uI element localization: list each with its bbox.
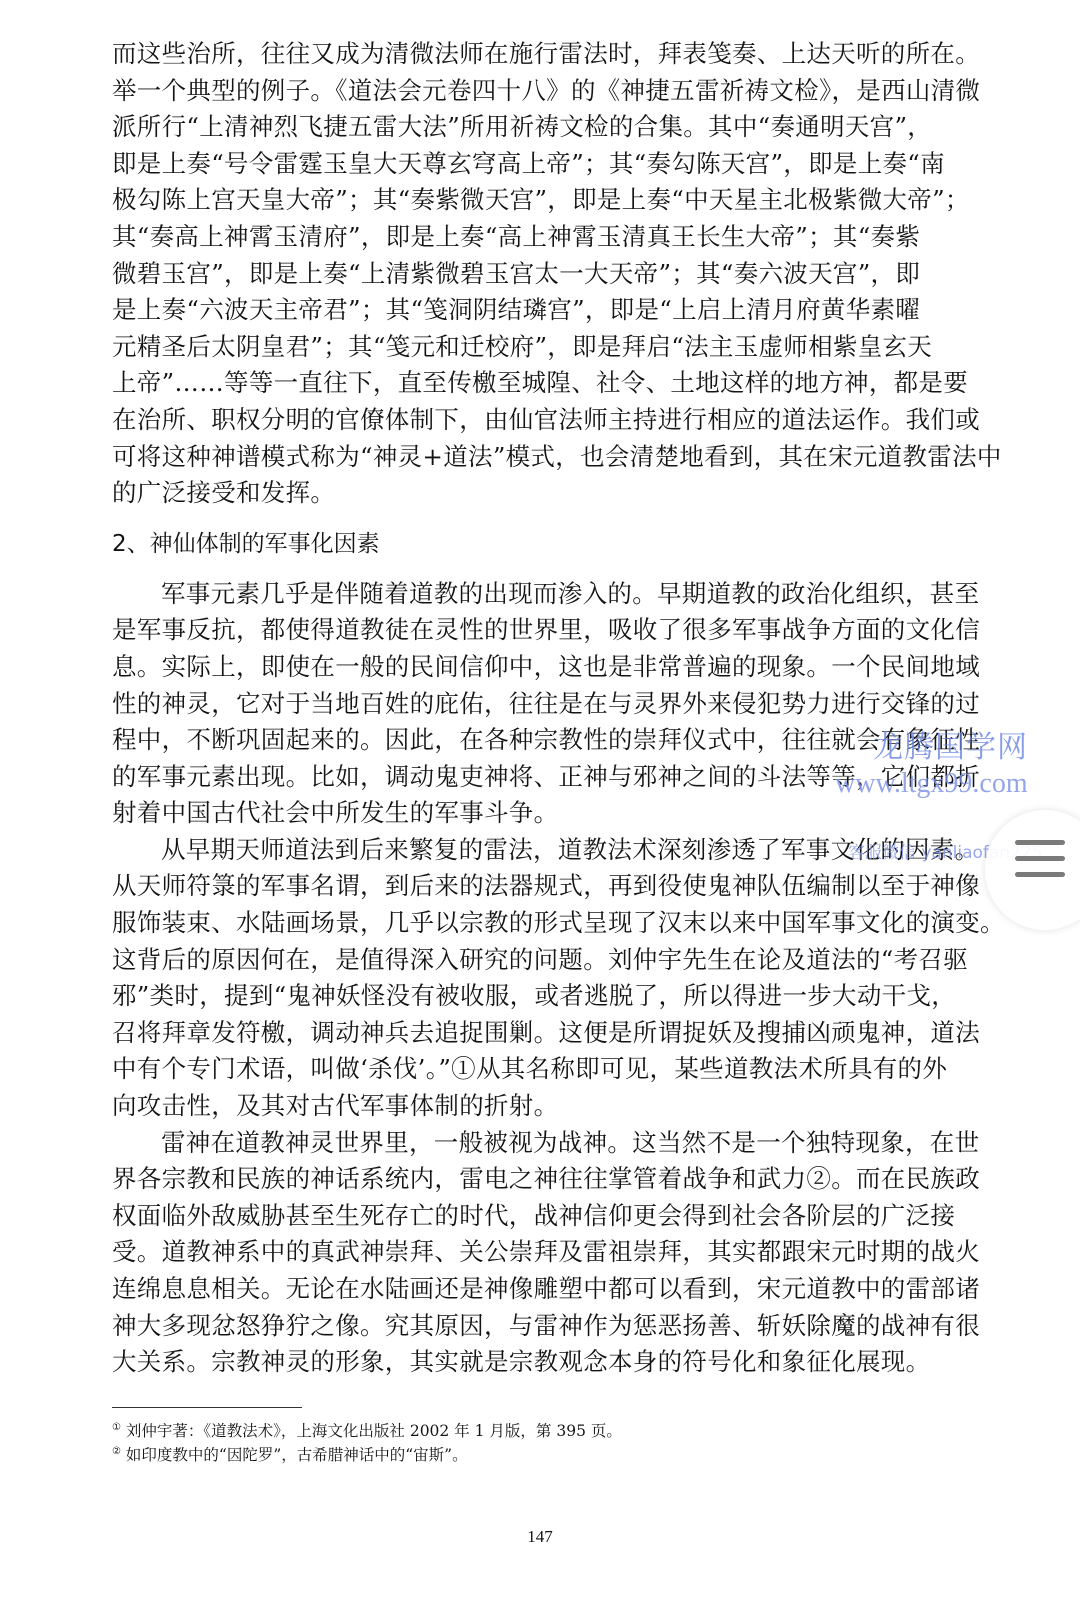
text-line: 神大多现忿怒狰狞之像。究其原因，与雷神作为惩恶扬善、斩妖除魔的战神有很	[112, 1308, 972, 1345]
text-line: 界各宗教和民族的神话系统内，雷电之神往往掌管着战争和武力②。而在民族政	[112, 1161, 972, 1198]
text-line: 程中，不断巩固起来的。因此，在各种宗教性的崇拜仪式中，往往就会有象征性	[112, 722, 972, 759]
text-line: 元精圣后太阴皇君”；其“笺元和迁校府”，即是拜启“法主玉虚师相紫皇玄天	[112, 329, 972, 366]
text-line: 的广泛接受和发挥。	[112, 475, 972, 512]
text-line: 其“奏高上神霄玉清府”，即是上奏“高上神霄玉清真王长生大帝”；其“奏紫	[112, 219, 972, 256]
text-line: 性的神灵，它对于当地百姓的庇佑，往往是在与灵界外来侵犯势力进行交锋的过	[112, 686, 972, 723]
text-line: 这背后的原因何在，是值得深入研究的问题。刘仲宇先生在论及道法的“考召驱	[112, 942, 972, 979]
text-line: 的军事元素出现。比如，调动鬼吏神将、正神与邪神之间的斗法等等，它们都折	[112, 759, 972, 796]
text-line: 举一个典型的例子。《道法会元卷四十八》的《神捷五雷祈祷文检》，是西山清微	[112, 73, 972, 110]
text-line: 微碧玉宫”，即是上奏“上清紫微碧玉宫太一大天帝”；其“奏六波天宫”，即	[112, 256, 972, 293]
footnotes: ① 刘仲宇著：《道教法术》，上海文化出版社 2002 年 1 月版，第 395 …	[112, 1416, 972, 1464]
text-line: 中有个专门术语，叫做‘杀伐’。”①从其名称即可见，某些道教法术所具有的外	[112, 1051, 972, 1088]
text-line: 从天师符箓的军事名谓，到后来的法器规式，再到役使鬼神队伍编制以至于神像	[112, 868, 972, 905]
text-line: 召将拜章发符檄，调动神兵去追捉围剿。这便是所谓捉妖及搜捕凶顽鬼神，道法	[112, 1015, 972, 1052]
text-line: 连绵息息相关。无论在水陆画还是神像雕塑中都可以看到，宋元道教中的雷部诸	[112, 1271, 972, 1308]
text-line: 上帝”……等等一直往下，直至传檄至城隍、社令、土地这样的地方神，都是要	[112, 365, 972, 402]
document-page: 而这些治所，往往又成为清微法师在施行雷法时，拜表笺奏、上达天听的所在。 举一个典…	[112, 36, 972, 1464]
text-line: 大关系。宗教神灵的形象，其实就是宗教观念本身的符号化和象征化展现。	[112, 1344, 972, 1381]
text-line: 射着中国古代社会中所发生的军事斗争。	[112, 795, 972, 832]
footnote-text: 如印度教中的“因陀罗”，古希腊神话中的“宙斯”。	[126, 1446, 468, 1464]
text-line: 而这些治所，往往又成为清微法师在施行雷法时，拜表笺奏、上达天听的所在。	[112, 36, 972, 73]
text-line: 极勾陈上宫天皇大帝”；其“奏紫微天宫”，即是上奏“中天星主北极紫微大帝”；	[112, 182, 972, 219]
footnote-1: ① 刘仲宇著：《道教法术》，上海文化出版社 2002 年 1 月版，第 395 …	[112, 1416, 972, 1440]
text-line: 向攻击性，及其对古代军事体制的折射。	[112, 1088, 972, 1125]
text-line: 即是上奏“号令雷霆玉皇大天尊玄穹高上帝”；其“奏勾陈天宫”，即是上奏“南	[112, 146, 972, 183]
paragraph-4: 雷神在道教神灵世界里，一般被视为战神。这当然不是一个独特现象，在世 界各宗教和民…	[112, 1125, 972, 1381]
text-line: 雷神在道教神灵世界里，一般被视为战神。这当然不是一个独特现象，在世	[112, 1125, 972, 1162]
text-line: 服饰装束、水陆画场景，几乎以宗教的形式呈现了汉末以来中国军事文化的演变。	[112, 905, 972, 942]
text-line: 是军事反抗，都使得道教徒在灵性的世界里，吸收了很多军事战争方面的文化信	[112, 612, 972, 649]
section-heading: 2、神仙体制的军事化因素	[112, 526, 972, 562]
text-line: 派所行“上清神烈飞捷五雷大法”所用祈祷文检的合集。其中“奏通明天宫”，	[112, 109, 972, 146]
footnote-mark: ②	[112, 1446, 121, 1457]
text-line: 息。实际上，即使在一般的民间信仰中，这也是非常普遍的现象。一个民间地域	[112, 649, 972, 686]
text-line: 军事元素几乎是伴随着道教的出现而渗入的。早期道教的政治化组织，甚至	[112, 576, 972, 613]
footnote-2: ② 如印度教中的“因陀罗”，古希腊神话中的“宙斯”。	[112, 1440, 972, 1464]
text-line: 是上奏“六波天主帝君”；其“笺洞阴结璘宫”，即是“上启上清月府黄华素曜	[112, 292, 972, 329]
paragraph-2: 军事元素几乎是伴随着道教的出现而渗入的。早期道教的政治化组织，甚至 是军事反抗，…	[112, 576, 972, 832]
page-number: 147	[0, 1527, 1080, 1547]
text-line: 可将这种神谱模式称为“神灵+道法”模式，也会清楚地看到，其在宋元道教雷法中	[112, 439, 972, 476]
text-line: 在治所、职权分明的官僚体制下，由仙官法师主持进行相应的道法运作。我们或	[112, 402, 972, 439]
footnote-text: 刘仲宇著：《道教法术》，上海文化出版社 2002 年 1 月版，第 395 页。	[126, 1422, 622, 1440]
text-line: 受。道教神系中的真武神崇拜、关公崇拜及雷祖崇拜，其实都跟宋元时期的战火	[112, 1234, 972, 1271]
footnote-mark: ①	[112, 1422, 121, 1433]
text-line: 从早期天师道法到后来繁复的雷法，道教法术深刻渗透了军事文化的因素。	[112, 832, 972, 869]
text-line: 邪”类时，提到“鬼神妖怪没有被收服，或者逃脱了，所以得进一步大动干戈，	[112, 978, 972, 1015]
paragraph-1: 而这些治所，往往又成为清微法师在施行雷法时，拜表笺奏、上达天听的所在。 举一个典…	[112, 36, 972, 512]
paragraph-3: 从早期天师道法到后来繁复的雷法，道教法术深刻渗透了军事文化的因素。 从天师符箓的…	[112, 832, 972, 1125]
text-line: 权面临外敌威胁甚至生死存亡的时代，战神信仰更会得到社会各阶层的广泛接	[112, 1198, 972, 1235]
footnote-divider	[112, 1407, 302, 1408]
